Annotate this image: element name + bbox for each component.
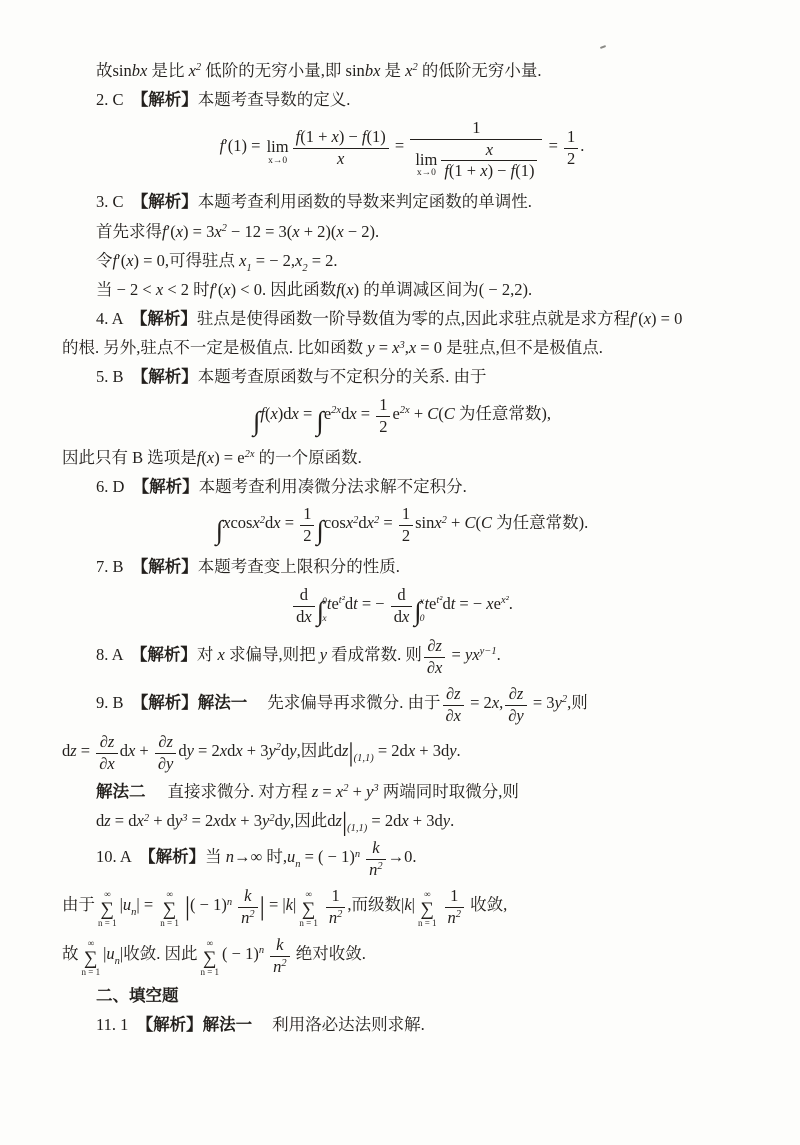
math-variable: k [276, 935, 283, 954]
math-text: ,而级数| [347, 895, 404, 914]
bold-label: 【解析】 [141, 478, 199, 496]
fraction-numerator: 1 [399, 505, 413, 526]
math-variable: x [292, 404, 299, 423]
math-variable: z [166, 732, 172, 751]
sol-3-step-interval: 当 − 2 < x < 2 时f′(x) < 0. 因此函数f(x) 的单调减区… [62, 279, 742, 301]
math-text: 为任意常数), [455, 404, 551, 423]
math-variable: x [176, 222, 183, 241]
math-variable: C [427, 404, 438, 423]
fraction-numerator: k [270, 936, 290, 957]
limit-word: lim [267, 138, 289, 155]
math-text: + [348, 782, 366, 801]
fraction: 1n2 [445, 887, 465, 928]
math-text: 驻点是使得函数一阶导数值为零的点,因此求驻点就是求方程 [197, 309, 630, 328]
superscript: 3 [399, 340, 404, 351]
math-text: 故sin [96, 61, 132, 80]
subscript: 1 [246, 263, 251, 274]
math-variable: x [214, 222, 221, 241]
fraction-numerator: ∂z [443, 685, 464, 706]
fraction: ∂z∂x [424, 637, 445, 678]
math-variable: x [367, 513, 374, 532]
superscript: 3 [182, 813, 187, 824]
superscript: n [355, 849, 360, 860]
math-text: 为任意常数). [492, 513, 588, 532]
math-text: = | [265, 895, 286, 914]
sol-9-header: 9. B 【解析】解法一先求偏导再求微分. 由于∂z∂x = 2x,∂z∂y =… [62, 685, 742, 726]
math-text: 利用洛必达法则求解. [272, 1015, 425, 1034]
math-variable: x [454, 706, 461, 725]
math-text: ′( [214, 280, 223, 299]
math-text: d [221, 811, 229, 830]
math-variable: x [480, 161, 487, 180]
math-text: d [275, 811, 283, 830]
math-text: 首先求得 [96, 222, 162, 241]
superscript: 2 [412, 62, 417, 73]
math-text: 的低阶无穷小量. [418, 61, 542, 80]
math-text: 本题考查原函数与不定积分的关系. 由于 [198, 367, 487, 386]
math-variable: n [226, 847, 234, 866]
superscript: 2 [281, 958, 286, 969]
math-text: (1) [515, 161, 534, 180]
math-text: < 2 时 [163, 280, 209, 299]
math-variable: y [443, 811, 450, 830]
math-text: ′( [167, 222, 176, 241]
superscript: 2 [442, 515, 447, 526]
math-variable: z [108, 732, 114, 751]
math-text: + 3 [243, 741, 269, 760]
math-text: ) − [488, 161, 511, 180]
fraction: kn2 [366, 839, 386, 880]
math-text: . [580, 136, 584, 155]
math-variable: x [349, 404, 356, 423]
superscript: y−1 [480, 646, 497, 657]
bold-label: 【解析】解法一 [145, 1016, 252, 1034]
math-text: 故 [62, 944, 79, 963]
superscript: 2 [343, 783, 348, 794]
fraction-denominator: n2 [270, 957, 290, 977]
math-text: ) = 0 [651, 309, 682, 328]
math-text: ) = 3 [183, 222, 214, 241]
fraction: 1n2 [326, 887, 346, 928]
math-text: 2 [379, 417, 387, 436]
math-text: 2. C [96, 90, 140, 109]
subscript: n [115, 956, 120, 967]
math-variable: k [372, 838, 379, 857]
fraction: kn2 [238, 887, 258, 928]
math-text: d [394, 607, 402, 626]
math-text: 低阶的无穷小量,即 sin [201, 61, 365, 80]
fraction-denominator: ∂x [424, 658, 445, 678]
superscript: t² [339, 595, 345, 606]
sum-lower: n = 1 [418, 919, 437, 929]
math-text: ∂ [427, 658, 435, 677]
sigma-glyph: ∑ [98, 900, 117, 919]
fraction-denominator: f(1 + x) − f(1) [441, 161, 537, 181]
math-text: | [412, 895, 415, 914]
bold-label: 【解析】 [140, 193, 198, 211]
summation-operator: ∞∑n = 1 [200, 939, 219, 978]
math-text: ) 的单调减区间为( − 2,2). [354, 280, 532, 299]
sol-6-formula: ∫xcosx2dx = 12∫cosx2dx2 = 12sinx2 + C(C … [62, 505, 742, 546]
fraction-numerator: d [293, 586, 315, 607]
section-2-heading: 二、填空题 [62, 985, 742, 1008]
math-text: ,则 [567, 693, 588, 712]
math-variable: y [555, 693, 562, 712]
line-intro-conclusion: 故sinbx 是比 x2 低阶的无穷小量,即 sinbx 是 x2 的低阶无穷小… [62, 60, 742, 82]
math-text: e [331, 594, 338, 613]
summation-operator: ∞∑n = 1 [98, 890, 117, 929]
math-text: 令 [96, 251, 113, 270]
math-text: + [410, 404, 428, 423]
fraction-denominator: 2 [564, 149, 578, 169]
superscript: 2 [144, 813, 149, 824]
math-text: | [293, 895, 296, 914]
fraction: 12 [399, 505, 413, 546]
fraction-denominator: ∂y [155, 754, 176, 774]
math-text: ) < 0. 因此函数 [231, 280, 337, 299]
math-text: 2 [303, 526, 311, 545]
math-text: 当 − 2 < [96, 280, 156, 299]
math-text: − 2). [344, 222, 379, 241]
superscript: 2 [374, 515, 379, 526]
math-variable: x [107, 754, 114, 773]
fraction: kn2 [270, 936, 290, 977]
math-text: 1 [567, 127, 575, 146]
math-variable: x [126, 251, 133, 270]
math-text: d [397, 585, 405, 604]
sol-3-header: 3. C 【解析】本题考查利用函数的导数来判定函数的单调性. [62, 191, 742, 214]
math-variable: x [336, 222, 343, 241]
fraction-denominator: x [293, 149, 389, 169]
superscript: 2 [260, 515, 265, 526]
superscript: x² [501, 595, 509, 606]
math-text: ′( [117, 251, 126, 270]
math-text: d [120, 741, 128, 760]
fraction: 12 [564, 128, 578, 169]
math-text: e [494, 594, 501, 613]
math-text: (1) [367, 127, 386, 146]
sigma-glyph: ∑ [299, 900, 318, 919]
superscript: 2 [456, 909, 461, 920]
math-text: cos [230, 513, 252, 532]
math-text: 的一个原函数. [254, 448, 361, 467]
fraction: ddx [293, 586, 315, 627]
sol-2-formula: f′(1) = limx→0f(1 + x) − f(1)x = 1limx→0… [62, 119, 742, 182]
math-text: 看成常数. 则 [327, 645, 422, 664]
math-text: 收敛, [466, 895, 507, 914]
fraction-denominator: n2 [326, 908, 346, 928]
bold-label: 【解析】 [140, 558, 198, 576]
math-text: + [447, 513, 465, 532]
math-variable: y [289, 741, 296, 760]
math-text: 是 [380, 61, 405, 80]
fraction: ∂z∂x [443, 685, 464, 726]
math-text: . [509, 594, 513, 613]
fraction-denominator: 2 [300, 526, 314, 546]
math-text: (1 + [449, 161, 480, 180]
integral-glyph: ∫ [316, 406, 323, 436]
fraction-denominator: dx [293, 607, 315, 627]
math-text: 1 [379, 395, 387, 414]
sum-lower: n = 1 [299, 919, 318, 929]
superscript: 2 [377, 861, 382, 872]
document-page: 故sinbx 是比 x2 低阶的无穷小量,即 sinbx 是 x2 的低阶无穷小… [0, 0, 800, 1145]
superscript: 2 [353, 515, 358, 526]
math-variable: x [486, 140, 493, 159]
math-text: d [300, 585, 308, 604]
integral-glyph: ∫ [316, 515, 323, 545]
math-variable: x [235, 741, 242, 760]
superscript: 2 [222, 223, 227, 234]
fraction: ∂z∂x [96, 733, 117, 774]
math-text: 本题考查变上限积分的性质. [198, 557, 400, 576]
fraction-numerator: 1 [300, 505, 314, 526]
fraction-numerator: d [391, 586, 413, 607]
fraction-denominator: n2 [445, 908, 465, 928]
math-text: →0. [388, 847, 417, 866]
math-text: d [62, 741, 70, 760]
math-variable: x [223, 280, 230, 299]
fraction: 12 [376, 396, 390, 437]
fraction-numerator: f(1 + x) − f(1) [293, 128, 389, 149]
math-text: = − [455, 594, 486, 613]
math-variable: x [346, 280, 353, 299]
math-text: →∞ 时, [234, 847, 287, 866]
limit-word: lim [415, 151, 437, 168]
sol-8-header: 8. A 【解析】对 x 求偏导,则把 y 看成常数. 则∂z∂x = yxy−… [62, 637, 742, 678]
math-variable: z [436, 636, 442, 655]
math-variable: k [286, 895, 293, 914]
math-text: ∂ [158, 754, 166, 773]
math-text: 当 [205, 847, 226, 866]
superscript: 2 [249, 909, 254, 920]
bold-label: 【解析】 [147, 848, 205, 866]
sol-3-step-derivative: 首先求得f′(x) = 3x2 − 12 = 3(x + 2)(x − 2). [62, 221, 742, 243]
sigma-glyph: ∑ [200, 949, 219, 968]
math-text: 是比 [147, 61, 188, 80]
math-variable: x [217, 645, 224, 664]
math-variable: n [329, 908, 337, 927]
bold-label: 【解析】 [140, 91, 198, 109]
math-text: = [299, 404, 317, 423]
math-text: 7. B [96, 557, 140, 576]
math-text: 1 [450, 886, 458, 905]
sigma-glyph: ∑ [82, 949, 101, 968]
math-text: 两端同时取微分,则 [379, 782, 519, 801]
math-variable: bx [365, 61, 381, 80]
sol-10-series-abs: 由于∞∑n = 1|un| = ∞∑n = 1|( − 1)nkn2| = |k… [62, 887, 742, 929]
math-variable: x [486, 594, 493, 613]
sol-4-continued: 的根. 另外,驻点不一定是极值点. 比如函数 y = x3,x = 0 是驻点,… [62, 337, 742, 359]
superscript: n [259, 945, 264, 956]
math-text: ,因此d [290, 811, 335, 830]
math-text: = [447, 645, 465, 664]
scan-speck [600, 45, 606, 49]
superscript: 2 [562, 694, 567, 705]
math-variable: x [292, 222, 299, 241]
integral-operator: ∫ [316, 420, 323, 421]
math-text: ′( [635, 309, 644, 328]
math-text: d [358, 513, 366, 532]
fraction-denominator: 2 [399, 526, 413, 546]
math-variable: y [367, 338, 374, 357]
superscript: 3 [373, 783, 378, 794]
math-text: 4. A [96, 309, 139, 328]
math-text: ∂ [509, 684, 517, 703]
sigma-glyph: ∑ [418, 900, 437, 919]
math-variable: u [106, 944, 114, 963]
summation-operator: ∞∑n = 1 [160, 890, 179, 929]
math-text: d [442, 594, 450, 613]
math-text: = [375, 338, 393, 357]
math-text: e [392, 404, 399, 423]
fraction-denominator: ∂x [443, 706, 464, 726]
fraction-numerator: ∂z [96, 733, 117, 754]
math-text: = 3 [529, 693, 555, 712]
math-text: 6. D [96, 477, 141, 496]
math-text: + 2)( [300, 222, 337, 241]
math-variable: x [136, 811, 143, 830]
math-variable: yx [465, 645, 480, 664]
math-text: ∂ [446, 706, 454, 725]
superscript: 2x [331, 405, 341, 416]
fraction-denominator: n2 [238, 908, 258, 928]
math-text: = [379, 513, 397, 532]
summation-operator: ∞∑n = 1 [418, 890, 437, 929]
math-text: ∂ [427, 636, 435, 655]
math-variable: C [464, 513, 475, 532]
fraction-numerator: ∂z [505, 685, 526, 706]
math-text: = [357, 404, 375, 423]
sol-7-formula: ddx∫0xtet²dt = − ddx∫x0tet²dt = − xex². [62, 586, 742, 627]
math-variable: n [448, 908, 456, 927]
math-variable: x [189, 61, 196, 80]
math-text: ) − [339, 127, 362, 146]
sol-7-header: 7. B 【解析】本题考查变上限积分的性质. [62, 556, 742, 579]
sol-5-header: 5. B 【解析】本题考查原函数与不定积分的关系. 由于 [62, 366, 742, 389]
big-delimiter: | [348, 738, 353, 767]
superscript: t² [436, 595, 442, 606]
sol-9-method2-header: 解法二直接求微分. 对方程 z = x2 + y3 两端同时取微分,则 [62, 781, 742, 804]
math-variable: y [320, 645, 327, 664]
fraction-numerator: 1 [376, 396, 390, 417]
bold-label: 解法二 [96, 783, 146, 801]
math-variable: x [270, 404, 277, 423]
math-text: 直接求微分. 对方程 [168, 782, 312, 801]
math-text: 5. B [96, 367, 140, 386]
math-text: ∂ [100, 732, 108, 751]
sol-9-method1-dz: dz = ∂z∂xdx + ∂z∂ydy = 2xdx + 3y2dy,因此dz… [62, 733, 742, 774]
math-variable: x [304, 607, 311, 626]
fraction-denominator: ∂x [96, 754, 117, 774]
sol-9-method2-dz: dz = dx2 + dy3 = 2xdx + 3y2dy,因此dz|(1,1)… [62, 810, 742, 832]
math-text: = 2 [466, 693, 492, 712]
fraction-numerator: 1 [564, 128, 578, 149]
math-variable: x [401, 811, 408, 830]
sum-lower: n = 1 [160, 919, 179, 929]
math-text: = d [111, 811, 137, 830]
math-text: 3. C [96, 192, 140, 211]
math-text: = 2 [187, 811, 213, 830]
math-text: 8. A [96, 645, 139, 664]
fraction: f(1 + x) − f(1)x [293, 128, 389, 169]
math-variable: y [449, 741, 456, 760]
math-text: + 3d [409, 811, 443, 830]
math-text: 1 [332, 886, 340, 905]
math-text: + d [149, 811, 175, 830]
math-text: . [457, 741, 461, 760]
sol-10-series-conclusion: 故∞∑n = 1|un|收敛. 因此∞∑n = 1( − 1)nkn2 绝对收敛… [62, 936, 742, 978]
math-text: ) = e [214, 448, 244, 467]
math-text: = [281, 513, 299, 532]
fraction-numerator: k [238, 887, 258, 908]
math-text: ,因此d [297, 741, 342, 760]
math-variable: x [402, 607, 409, 626]
math-text: 本题考查利用函数的导数来判定函数的单调性. [198, 192, 532, 211]
fraction-numerator: 1 [326, 887, 346, 908]
bold-label: 【解析】 [139, 646, 197, 664]
math-variable: x [337, 149, 344, 168]
math-text: ∂ [446, 684, 454, 703]
math-text: = [391, 136, 409, 155]
limit-under: x→0 [267, 156, 289, 166]
sum-lower: n = 1 [200, 968, 219, 978]
fraction-numerator: ∂z [424, 637, 445, 658]
math-variable: x [435, 658, 442, 677]
math-text: d [345, 594, 353, 613]
math-text: cos [324, 513, 346, 532]
subscript: (1,1) [354, 753, 374, 764]
limit-under: x→0 [415, 168, 437, 178]
bold-label: 【解析】解法一 [140, 694, 247, 712]
math-variable: bx [132, 61, 148, 80]
math-text: 1 [472, 118, 480, 137]
math-text: 9. B [96, 693, 140, 712]
sum-lower: n = 1 [98, 919, 117, 929]
math-variable: y [187, 741, 194, 760]
subscript: (1,1) [347, 823, 367, 834]
math-text: + 3d [415, 741, 449, 760]
math-variable: x [434, 513, 441, 532]
integral-lower: x [322, 615, 327, 625]
math-text: − 12 = 3( [227, 222, 292, 241]
math-variable: y [268, 741, 275, 760]
math-text: + [135, 741, 153, 760]
math-text: )d [278, 404, 292, 423]
math-text: 2 [402, 526, 410, 545]
math-text: 的根. 另外,驻点不一定是极值点. 比如函数 [62, 338, 367, 357]
math-text: = 2d [367, 811, 401, 830]
math-text: 绝对收敛. [292, 944, 366, 963]
math-text: ( − 1) [222, 944, 259, 963]
summation-operator: ∞∑n = 1 [299, 890, 318, 929]
subscript: 2 [302, 263, 307, 274]
math-variable: x [644, 309, 651, 328]
math-text: = 2 [194, 741, 220, 760]
sol-6-header: 6. D 【解析】本题考查利用凑微分法求解不定积分. [62, 476, 742, 499]
math-text: 2 [567, 149, 575, 168]
math-text: . [497, 645, 501, 664]
math-text: d [178, 741, 186, 760]
fraction-denominator: 2 [376, 417, 390, 437]
integral-operator: ∫x0 [414, 598, 424, 624]
math-text: + 3 [236, 811, 262, 830]
math-text: 先求偏导再求微分. 由于 [267, 693, 440, 712]
math-text: = [318, 782, 336, 801]
fraction: ddx [391, 586, 413, 627]
math-text: (1 + [300, 127, 331, 146]
math-text: 本题考查利用凑微分法求解不定积分. [199, 477, 467, 496]
